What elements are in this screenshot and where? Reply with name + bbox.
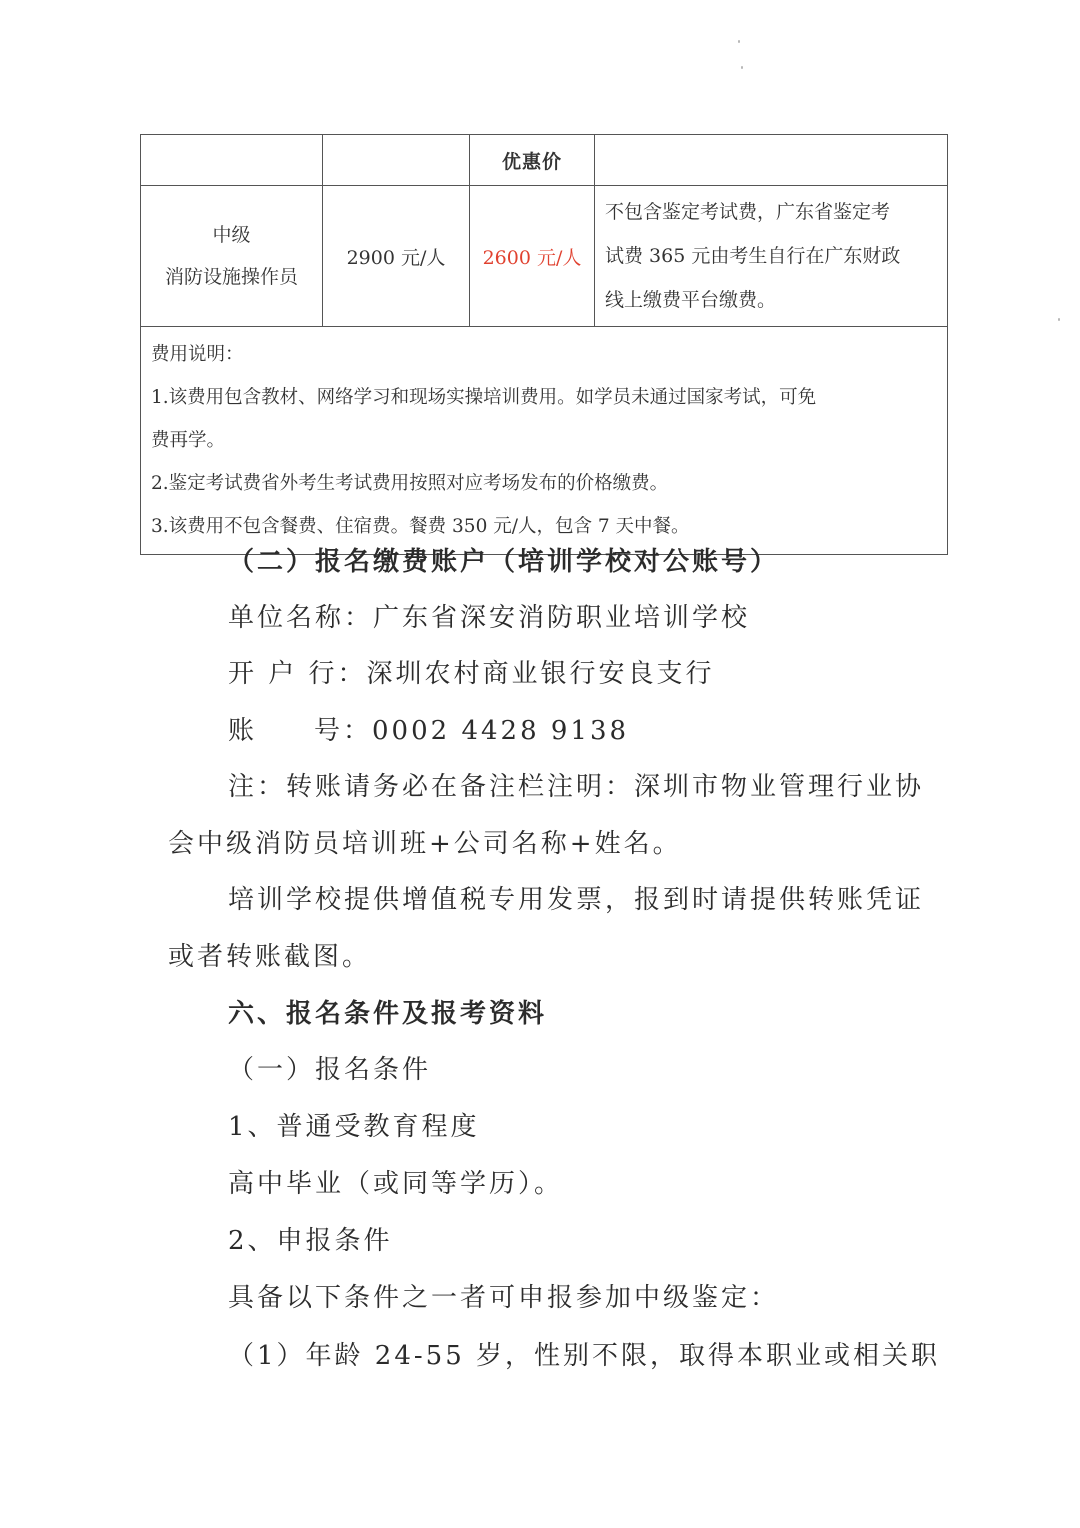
transfer-note-line2: 会中级消防员培训班+公司名称+姓名。 (168, 824, 682, 864)
header-cell-standard-price (323, 135, 470, 186)
discount-price-header: 优惠价 (502, 151, 562, 173)
scan-speck (1058, 318, 1060, 321)
unit-name-value: 广东省深安消防职业培训学校 (373, 603, 750, 633)
discount-price-cell: 2600 元/人 (470, 186, 595, 327)
standard-price: 2900 元/人 (347, 247, 446, 269)
application-conditions-title: 2、申报条件 (228, 1221, 393, 1261)
bank-label: 开 户 行： (228, 659, 367, 689)
fee-notes-row: 费用说明： 1.该费用包含教材、网络学习和现场实操培训费用。如学员未通过国家考试… (141, 327, 948, 555)
requirements-heading: 六、报名条件及报考资料 (228, 994, 547, 1034)
fee-table-header-row: 优惠价 (141, 135, 948, 186)
fee-note-1: 1.该费用包含教材、网络学习和现场实操培训费用。如学员未通过国家考试，可免 (151, 376, 937, 419)
education-title: 1、普通受教育程度 (228, 1107, 480, 1147)
fee-notes-title: 费用说明： (151, 333, 937, 376)
fee-table-row: 中级 消防设施操作员 2900 元/人 2600 元/人 不包含鉴定考试费，广东… (141, 186, 948, 327)
condition-1: （1）年龄 24-55 岁，性别不限，取得本职业或相关职 (228, 1336, 940, 1376)
fee-notes-cell: 费用说明： 1.该费用包含教材、网络学习和现场实操培训费用。如学员未通过国家考试… (141, 327, 948, 555)
remark-cell: 不包含鉴定考试费，广东省鉴定考 试费 365 元由考生自行在广东财政 线上缴费平… (595, 186, 948, 327)
fee-table: 优惠价 中级 消防设施操作员 2900 元/人 2600 元/人 不包含鉴定考试… (140, 134, 948, 555)
level-cell: 中级 消防设施操作员 (141, 186, 323, 327)
scan-speck (738, 40, 740, 43)
discount-price: 2600 元/人 (483, 247, 582, 269)
header-cell-remark (595, 135, 948, 186)
account-line: 账号：0002 4428 9138 (228, 711, 629, 751)
remark-line2: 试费 365 元由考生自行在广东财政 (605, 234, 939, 278)
unit-name-line: 单位名称：广东省深安消防职业培训学校 (228, 598, 750, 638)
scan-speck (741, 66, 743, 69)
account-number: 0002 4428 9138 (372, 716, 629, 746)
bank-value: 深圳农村商业银行安良支行 (367, 659, 715, 689)
requirements-subheading: （一）报名条件 (228, 1050, 431, 1090)
invoice-line1: 培训学校提供增值税专用发票，报到时请提供转账凭证 (228, 880, 924, 920)
account-label-left: 账 (228, 711, 314, 751)
standard-price-cell: 2900 元/人 (323, 186, 470, 327)
application-conditions-intro: 具备以下条件之一者可申报参加中级鉴定： (228, 1278, 779, 1318)
invoice-line2: 或者转账截图。 (168, 937, 371, 977)
transfer-note-line1: 注：转账请务必在备注栏注明：深圳市物业管理行业协 (228, 767, 924, 807)
level-line2: 消防设施操作员 (141, 256, 322, 298)
fee-note-2: 2.鉴定考试费省外考生考试费用按照对应考场发布的价格缴费。 (151, 462, 937, 505)
remark-line3: 线上缴费平台缴费。 (605, 278, 939, 322)
header-cell-discount-price: 优惠价 (470, 135, 595, 186)
header-cell-level (141, 135, 323, 186)
account-label-right: 号： (314, 716, 372, 746)
fee-note-1-cont: 费再学。 (151, 419, 937, 462)
remark-line1: 不包含鉴定考试费，广东省鉴定考 (605, 190, 939, 234)
level-line1: 中级 (141, 214, 322, 256)
education-text: 高中毕业（或同等学历）。 (228, 1164, 563, 1204)
bank-line: 开 户 行：深圳农村商业银行安良支行 (228, 654, 715, 694)
unit-name-label: 单位名称： (228, 603, 373, 633)
payment-section-heading: （二）报名缴费账户（培训学校对公账号） (228, 542, 779, 582)
